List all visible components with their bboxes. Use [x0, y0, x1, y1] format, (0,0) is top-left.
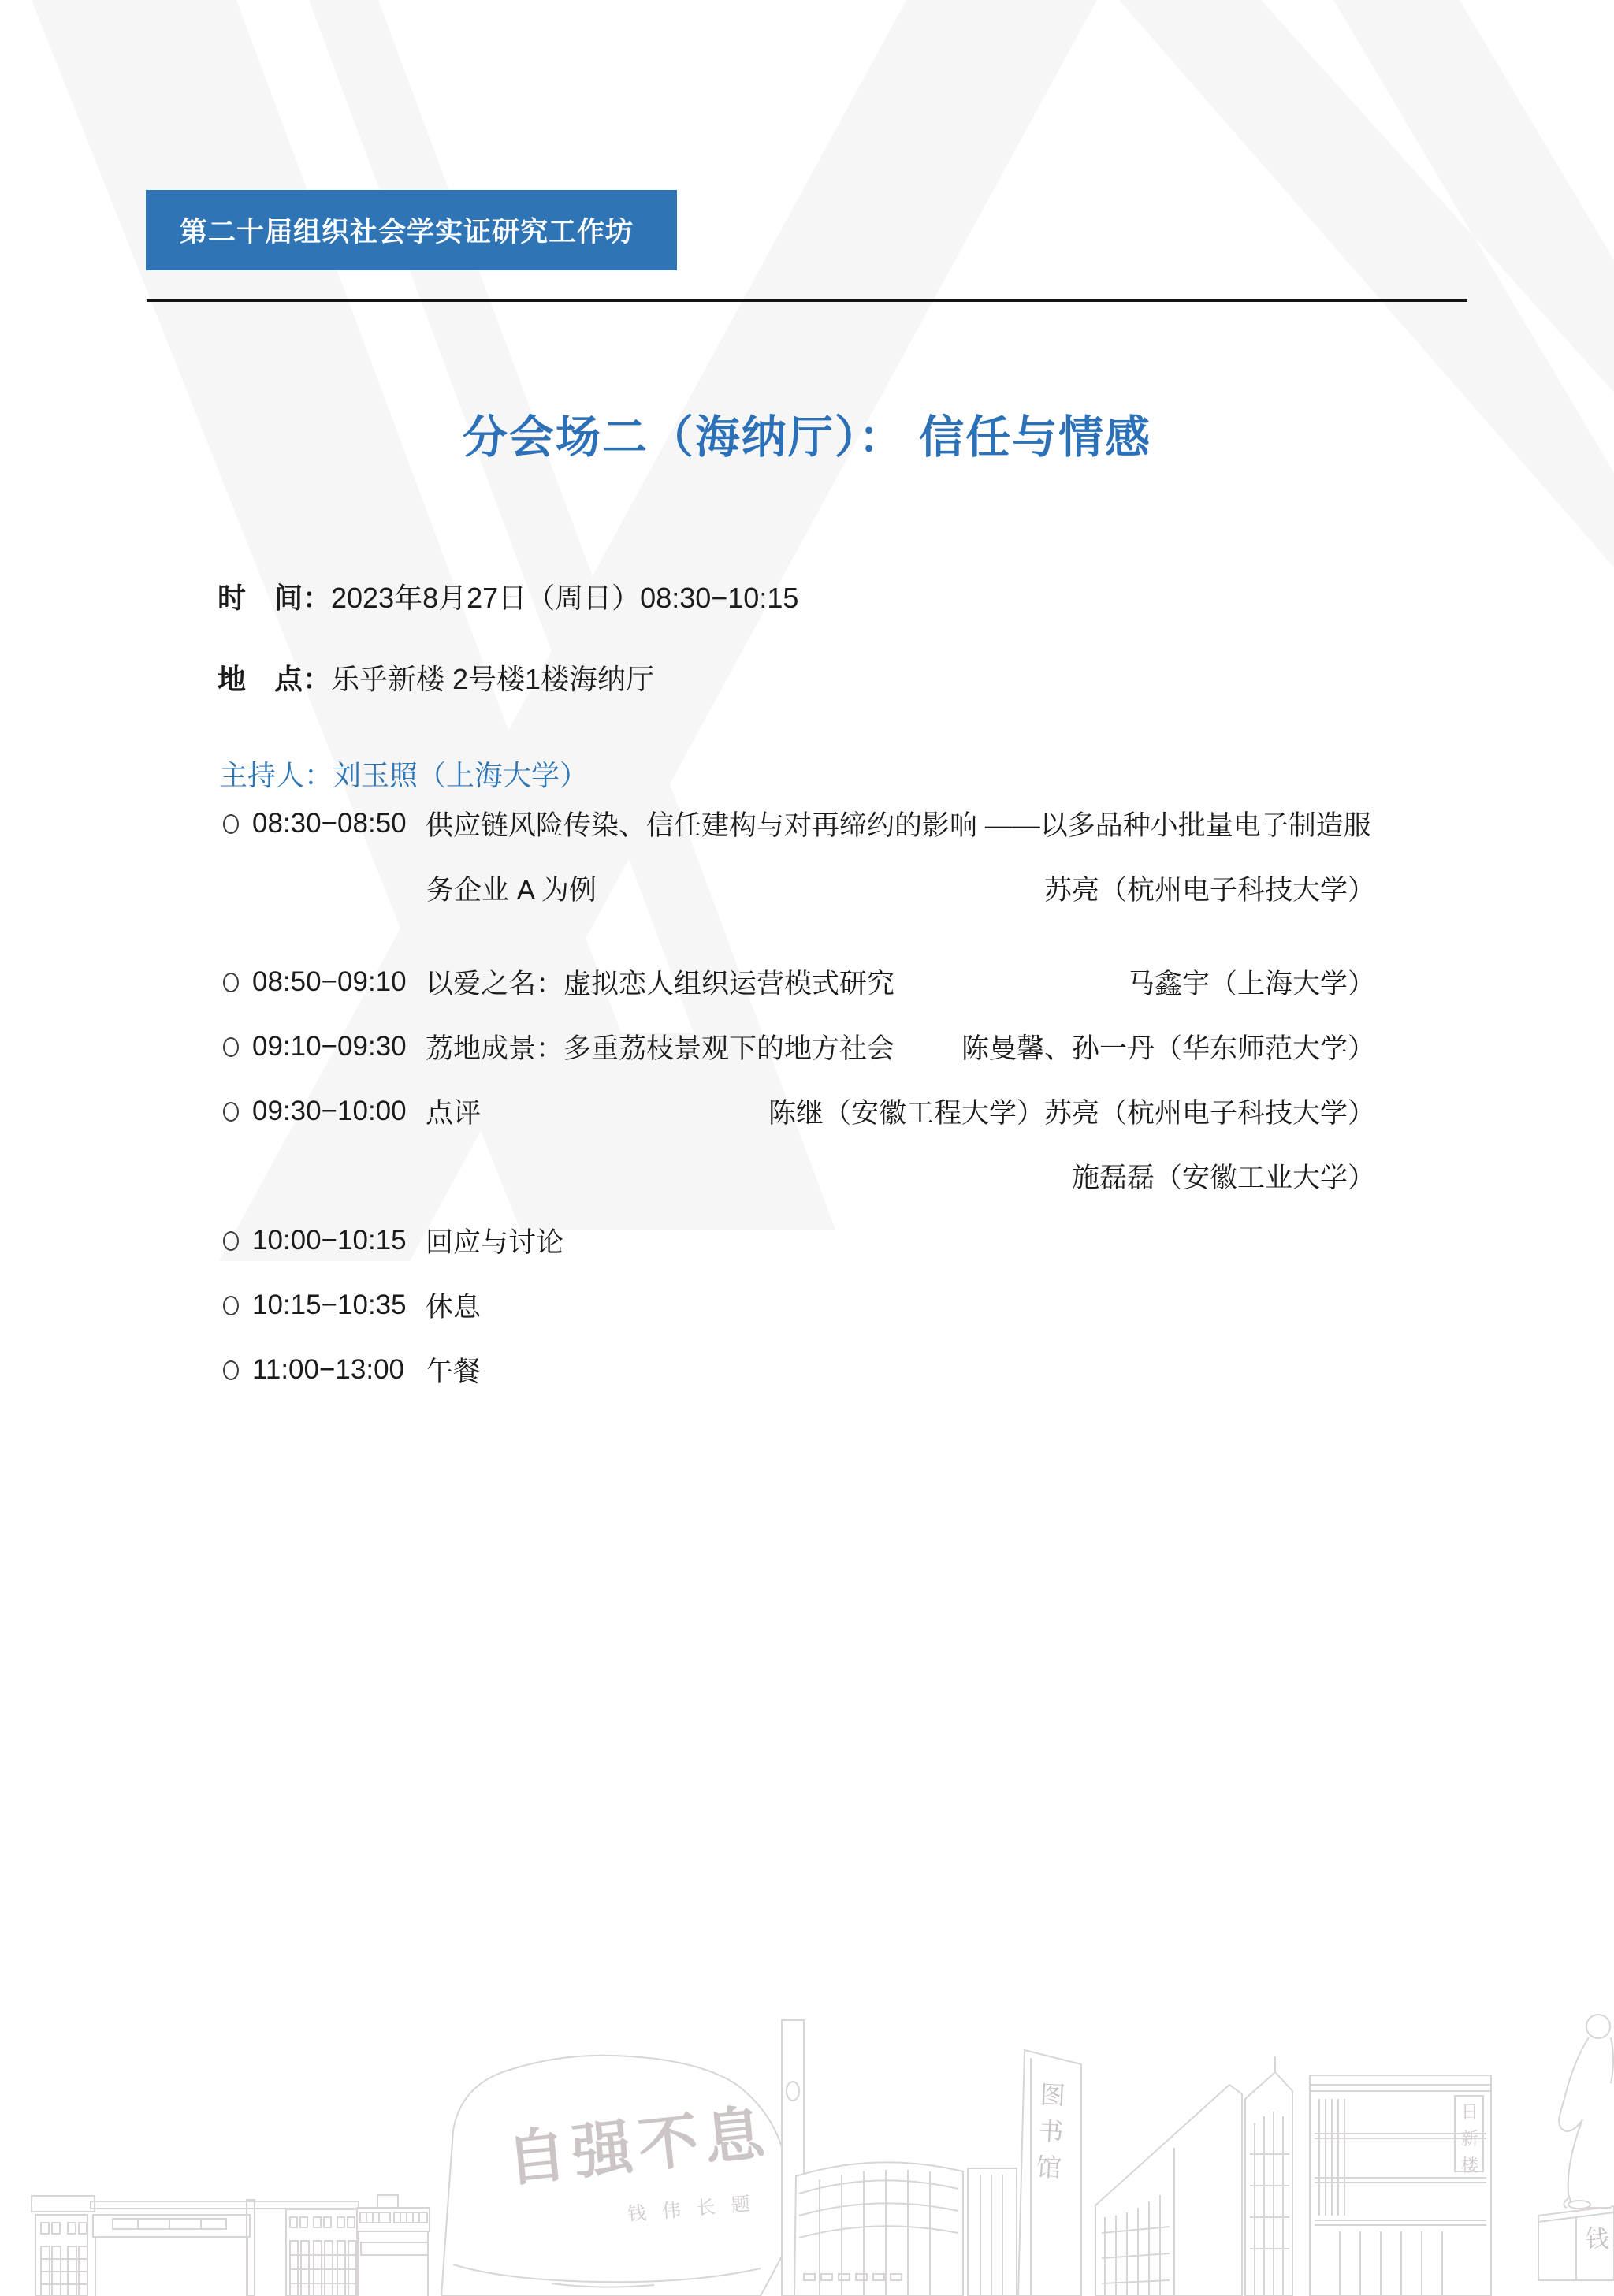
workshop-banner: 第二十届组织社会学实证研究工作坊: [146, 190, 677, 270]
header-divider: [147, 299, 1467, 302]
time-slot: 09:10−09:30: [252, 1031, 426, 1062]
talk-title: 点评: [426, 1092, 481, 1131]
bullet-circle-icon: [223, 1037, 239, 1057]
session-title: 分会场二（海纳厅）： 信任与情感: [0, 401, 1614, 466]
schedule-row: 10:00−10:15 回应与讨论: [223, 1208, 1375, 1273]
time-slot: 10:00−10:15: [252, 1225, 426, 1256]
presenter-name: 陈继（安徽工程大学）苏亮（杭州电子科技大学）: [768, 1092, 1375, 1131]
talk-title: 回应与讨论: [426, 1221, 563, 1260]
schedule-item: 09:30−10:00 点评 陈继（安徽工程大学）苏亮（杭州电子科技大学） 施磊…: [223, 1079, 1375, 1208]
talk-title: 休息: [426, 1286, 481, 1325]
schedule-row: 09:30−10:00 点评 陈继（安徽工程大学）苏亮（杭州电子科技大学）: [223, 1079, 1375, 1144]
talk-title: 以爱之名：虚拟恋人组织运营模式研究: [426, 962, 894, 1002]
talk-title: 供应链风险传染、信任建构与对再缔约的影响 ——以多品种小批量电子制造服: [426, 804, 1371, 843]
schedule-row: 08:50−09:10 以爱之名：虚拟恋人组织运营模式研究 马鑫宇（上海大学）: [223, 950, 1375, 1014]
campus-line-art: 自强不息 钱伟长题 图书馆 日新楼 钱: [0, 1965, 1614, 2296]
schedule-row: 11:00−13:00 午餐: [223, 1338, 1375, 1402]
time-slot: 10:15−10:35: [252, 1289, 426, 1321]
presenter-name: 马鑫宇（上海大学）: [1127, 962, 1375, 1002]
time-slot: 08:30−08:50: [252, 808, 426, 839]
place-label: 地 点：: [218, 657, 331, 698]
schedule-item: 10:00−10:15 回应与讨论: [223, 1208, 1375, 1273]
bullet-circle-icon: [223, 1360, 239, 1380]
pedestal-sign: 钱: [1586, 2227, 1609, 2253]
workshop-banner-text: 第二十届组织社会学实证研究工作坊: [180, 210, 634, 250]
schedule-item: 08:30−08:50 供应链风险传染、信任建构与对再缔约的影响 ——以多品种小…: [223, 791, 1375, 921]
rixin-building-sign: 日新楼: [1461, 2102, 1479, 2175]
time-label: 时 间：: [218, 576, 331, 616]
bullet-circle-icon: [223, 1102, 239, 1122]
library-sign: 图书馆: [1036, 2080, 1066, 2183]
time-row: 时 间：2023年8月27日（周日）08:30−10:15: [218, 556, 798, 637]
place-value: 乐乎新楼 2号楼1楼海纳厅: [331, 657, 654, 698]
presenter-name: 施磊磊（安徽工业大学）: [1072, 1156, 1375, 1196]
presenter-name: 苏亮（杭州电子科技大学）: [1044, 869, 1375, 908]
talk-title-continued: 务企业 A 为例: [426, 869, 597, 908]
time-value: 2023年8月27日（周日）08:30−10:15: [331, 576, 798, 616]
presenter-name: 陈曼馨、孙一丹（华东师范大学）: [961, 1027, 1375, 1066]
schedule-list: 08:30−08:50 供应链风险传染、信任建构与对再缔约的影响 ——以多品种小…: [223, 791, 1375, 1402]
schedule-item: 11:00−13:00 午餐: [223, 1338, 1375, 1402]
bullet-circle-icon: [223, 1296, 239, 1315]
host-line: 主持人：刘玉照（上海大学）: [219, 754, 588, 794]
gate-roof: [32, 2196, 95, 2212]
time-slot: 11:00−13:00: [252, 1354, 426, 1386]
talk-title: 荔地成景：多重荔枝景观下的地方社会: [426, 1027, 894, 1066]
schedule-item: 10:15−10:35 休息: [223, 1273, 1375, 1338]
bullet-circle-icon: [223, 973, 239, 992]
schedule-row-continuation: 施磊磊（安徽工业大学）: [223, 1144, 1375, 1208]
schedule-row: 08:30−08:50 供应链风险传染、信任建构与对再缔约的影响 ——以多品种小…: [223, 791, 1375, 856]
schedule-row: 10:15−10:35 休息: [223, 1273, 1375, 1338]
time-slot: 09:30−10:00: [252, 1096, 426, 1127]
schedule-item: 08:50−09:10 以爱之名：虚拟恋人组织运营模式研究 马鑫宇（上海大学）: [223, 950, 1375, 1014]
session-info: 时 间：2023年8月27日（周日）08:30−10:15 地 点：乐乎新楼 2…: [218, 556, 798, 718]
bullet-circle-icon: [223, 814, 239, 834]
schedule-row: 09:10−09:30 荔地成景：多重荔枝景观下的地方社会 陈曼馨、孙一丹（华东…: [223, 1014, 1375, 1079]
place-row: 地 点：乐乎新楼 2号楼1楼海纳厅: [218, 637, 798, 718]
time-slot: 08:50−09:10: [252, 966, 426, 998]
schedule-row-continuation: 务企业 A 为例 苏亮（杭州电子科技大学）: [223, 856, 1375, 921]
bullet-circle-icon: [223, 1231, 239, 1251]
talk-title: 午餐: [426, 1350, 481, 1390]
schedule-item: 09:10−09:30 荔地成景：多重荔枝景观下的地方社会 陈曼馨、孙一丹（华东…: [223, 1014, 1375, 1079]
program-page: 第二十届组织社会学实证研究工作坊 分会场二（海纳厅）： 信任与情感 时 间：20…: [0, 0, 1614, 2296]
